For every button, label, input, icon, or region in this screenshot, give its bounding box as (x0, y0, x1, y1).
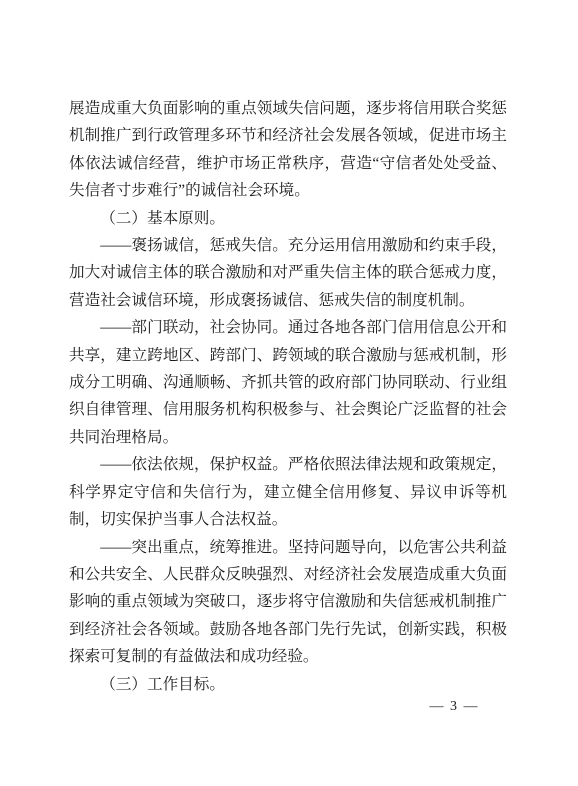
page-number: — 3 — (430, 699, 480, 715)
principle-item-key-focus: ——突出重点，统筹推进。坚持问题导向，以危害公共利益和公共安全、人民群众反映强烈… (69, 534, 507, 671)
document-body: 展造成重大负面影响的重点领域失信问题，逐步将信用联合奖惩机制推广到行政管理多环节… (69, 95, 507, 698)
section-heading-work-goals: （三）工作目标。 (69, 671, 507, 698)
paragraph-continuation: 展造成重大负面影响的重点领域失信问题，逐步将信用联合奖惩机制推广到行政管理多环节… (69, 95, 507, 205)
principle-item-department-coordination: ——部门联动，社会协同。通过各地各部门信用信息公开和共享，建立跨地区、跨部门、跨… (69, 314, 507, 451)
principle-item-praise-integrity: ——褒扬诚信，惩戒失信。充分运用信用激励和约束手段，加大对诚信主体的联合激励和对… (69, 232, 507, 314)
principle-item-lawful-protection: ——依法依规，保护权益。严格依照法律法规和政策规定，科学界定守信和失信行为，建立… (69, 451, 507, 533)
section-heading-basic-principles: （二）基本原则。 (69, 205, 507, 232)
document-page: 展造成重大负面影响的重点领域失信问题，逐步将信用联合奖惩机制推广到行政管理多环节… (0, 0, 578, 786)
